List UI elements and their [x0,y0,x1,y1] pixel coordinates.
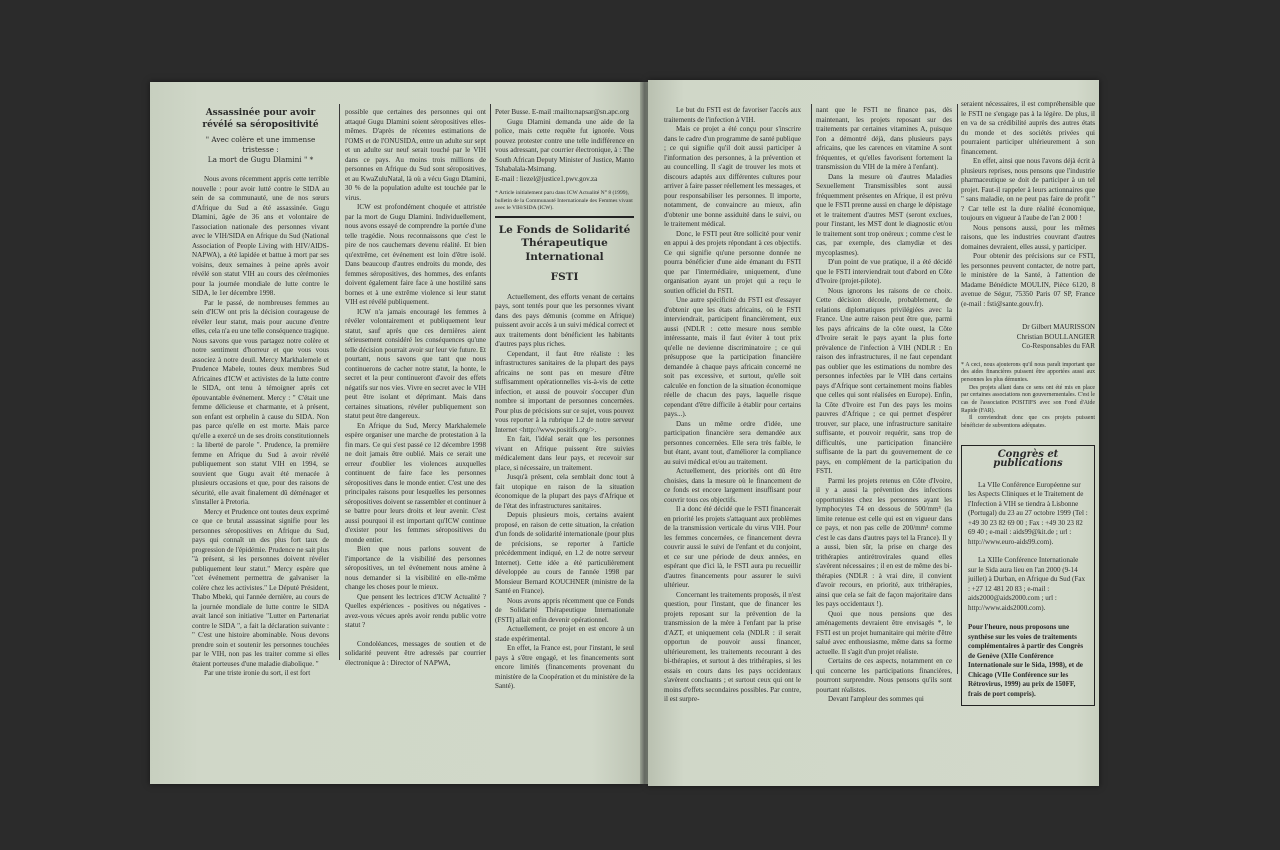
paragraph: Actuellement, ce projet en est encore à … [495,625,634,644]
left-column-1: Assassinée pour avoir révélé sa séroposi… [192,108,329,679]
note-paragraph: * A ceci, nous ajouterons qu'il nous par… [961,362,1095,385]
subtitle-line-1: " Avec colère et une immense tristesse : [192,135,329,155]
paragraph: Mais ce projet a été conçu pour s'inscri… [664,125,801,230]
paragraph: Gugu Dlamini demanda une aide de la poli… [495,118,634,175]
paragraph: Il a donc été décidé que le FSTI finance… [664,505,801,591]
box-title: Congrès et publications [968,450,1088,469]
right-column-2: nant que le FSTI ne finance pas, dès mai… [816,106,952,705]
paragraph: Donc, le FSTI peut être sollicité pour v… [664,230,801,297]
paragraph: ICW n'a jamais encouragé les femmes à ré… [345,308,486,422]
paragraph: Nous avons récemment appris cette terrib… [192,175,329,299]
paragraph: Pour obtenir des précisions sur ce FSTI,… [961,252,1095,309]
email-line: E-mail : liezel@justice1.pwv.gov.za [495,175,634,185]
paragraph: Nous avons appris récemment que ce Fonds… [495,597,634,626]
paragraph: Le but du FSTI est de favoriser l'accès … [664,106,801,125]
paragraph: Certains de ces aspects, notamment en ce… [816,657,952,695]
fsti-title-line-2: Thérapeutique [495,237,634,251]
paragraph: seraient nécessaires, il est compréhensi… [961,100,1095,157]
column-divider [339,104,340,660]
article-subtitle: " Avec colère et une immense tristesse :… [192,135,329,165]
left-column-2: possible que certaines des personnes qui… [345,108,486,668]
paragraph: Dans la mesure où d'autres Maladies Sexu… [816,173,952,259]
paragraph: Quoi que nous pensions que des aménageme… [816,610,952,658]
paragraph: Actuellement, des efforts venant de cert… [495,293,634,350]
paragraph: Par une triste ironie du sort, il est fo… [192,669,329,679]
paragraph: Nous ignorons les raisons de ce choix. C… [816,287,952,477]
box-paragraph: La VIIe Conférence Européenne sur les As… [968,481,1088,548]
paragraph: ICW est profondément choquée et attristé… [345,203,486,308]
fsti-subtitle: FSTI [495,273,634,283]
note-paragraph: Il conviendrait donc que ces projets pui… [961,415,1095,430]
paragraph: Depuis plusieurs mois, certains avaient … [495,511,634,597]
column-divider [811,104,812,674]
paragraph: Devant l'ampleur des sommes qui [816,695,952,705]
newsletter-spread: Assassinée pour avoir révélé sa séroposi… [0,0,1280,850]
column-divider [957,104,958,674]
box-paragraph: La XIIIe Conférence Internationale sur l… [968,556,1088,613]
article-title: Assassinée pour avoir révélé sa séroposi… [192,108,329,131]
paragraph: En effet, ainsi que nous l'avons déjà éc… [961,157,1095,224]
paragraph: En effet, la France est, pour l'instant,… [495,644,634,692]
paragraph: Cependant, il faut être réaliste : les i… [495,350,634,436]
paragraph: Par le passé, de nombreuses femmes au se… [192,299,329,508]
box-offer-paragraph: Pour l'heure, nous proposons une synthès… [968,623,1088,699]
subtitle-line-2: La mort de Gugu Dlamini " * [192,155,329,165]
paragraph: possible que certaines des personnes qui… [345,108,486,203]
fsti-title-line-3: International [495,251,634,265]
paragraph: Jusqu'à présent, cela semblait donc tout… [495,473,634,511]
paragraph: Concernant les traitements proposés, il … [664,591,801,705]
congress-publications-box: Congrès et publications La VIIe Conféren… [961,445,1095,707]
paragraph: nant que le FSTI ne finance pas, dès mai… [816,106,952,173]
section-rule [495,216,634,218]
paragraph: En fait, l'idéal serait que les personne… [495,435,634,473]
paragraph: D'un point de vue pratique, il a été déc… [816,258,952,287]
signature-line: Christian BOULLANGIER [961,333,1095,343]
left-page: Assassinée pour avoir révélé sa séroposi… [150,82,641,784]
footnote: * Article initialement paru dans ICW Act… [495,190,634,213]
column-divider [490,104,491,660]
paragraph: Une autre spécificité du FSTI est d'essa… [664,296,801,420]
paragraph: Mercy et Prudence ont toutes deux exprim… [192,508,329,670]
fsti-title-line-1: Le Fonds de Solidarité [495,224,634,238]
editor-note: * A ceci, nous ajouterons qu'il nous par… [961,362,1095,431]
contact-line: Peter Busse. E-mail :mailto:napsar@sn.ap… [495,108,634,118]
right-page: Le but du FSTI est de favoriser l'accès … [648,80,1099,786]
paragraph: En Afrique du Sud, Mercy Markhalemele es… [345,422,486,546]
left-column-3: Peter Busse. E-mail :mailto:napsar@sn.ap… [495,108,634,692]
right-column-1: Le but du FSTI est de favoriser l'accès … [664,106,801,705]
paragraph: Condoléances, messages de soutien et de … [345,640,486,669]
note-paragraph: Des projets allant dans ce sens ont été … [961,385,1095,416]
signature-line: Dr Gilbert MAURISSON [961,323,1095,333]
paragraph: Actuellement, des priorités ont dû être … [664,467,801,505]
paragraph: Bien que nous parlons souvent de l'impor… [345,545,486,593]
signature-block: Dr Gilbert MAURISSON Christian BOULLANGI… [961,323,1095,352]
signature-line: Co-Responsables du FAR [961,342,1095,352]
paragraph: Parmi les projets retenus en Côte d'Ivoi… [816,477,952,610]
paragraph: Nous pensons aussi, pour les mêmes raiso… [961,224,1095,253]
paragraph: Que pensent les lectrices d'ICW Actualit… [345,593,486,631]
right-column-3: seraient nécessaires, il est compréhensi… [961,100,1095,706]
paragraph: Dans un même ordre d'idée, une participa… [664,420,801,468]
